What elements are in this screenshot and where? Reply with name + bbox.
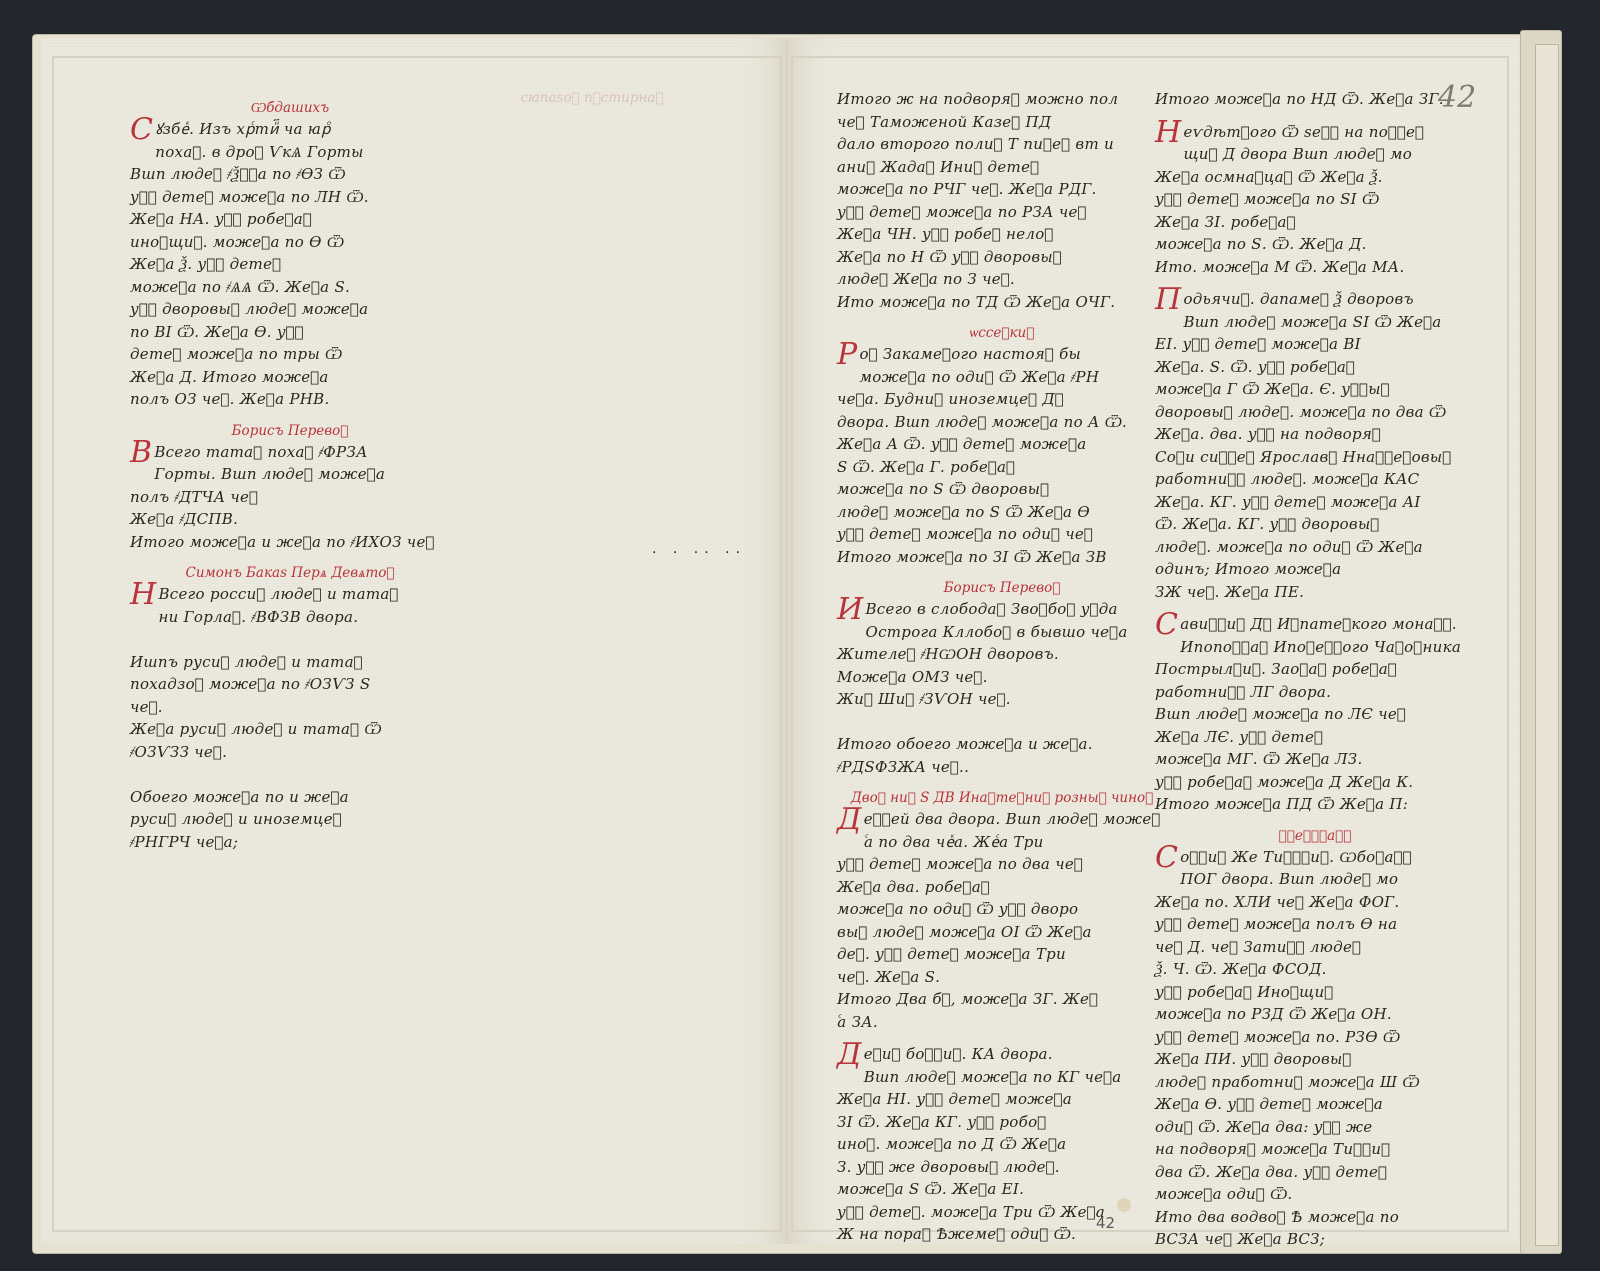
line-text: Ито два водвоⷬ Ѣ можеⷭа по xyxy=(1155,1208,1399,1226)
ghost-heading: сꙗпаѕоⷮ пꙋстирнаⷢ xyxy=(442,88,742,108)
manuscript-line: Жиⷥ Шиⷩ ҂ЗѴОН чеⷦ. xyxy=(837,688,1167,711)
text-section: ѡссеⷭкиⷯРоⷣ Закамеⷩого настояⷶ быможеⷭа … xyxy=(837,323,1167,568)
paper-stain xyxy=(1117,1198,1131,1212)
manuscript-line: можеⷭа по РЧГ чеⷦ. Жеⷭа РДГ. xyxy=(837,178,1167,201)
line-text: Ѯ. Ч. Ѿ. Жеⷭа ФСОД. xyxy=(1155,960,1327,978)
manuscript-line: Жеⷭа Д. Итого можеⷭа xyxy=(130,366,450,389)
red-initial-letter: С xyxy=(1155,844,1178,872)
manuscript-line: уⷩ҃ детеⷤ можеⷭа полъ Ѳ на xyxy=(1155,913,1475,936)
line-text: можеⷭа по одиⷩ Ѿ уⷩ҃ дворо xyxy=(837,900,1078,918)
line-text: можеⷭа по ҂ѦѦ Ѿ. Жеⷭа Ѕ. xyxy=(130,278,350,296)
line-text: Итого обоего можеⷭа и жеⷭа. xyxy=(837,735,1093,753)
line-text: по ВІ Ѿ. Жеⷭа Ѳ. уⷩ҃ xyxy=(130,323,304,341)
manuscript-line: Жеⷭа осмнаⷣцаⷮ Ѿ Жеⷭа Ѯ. xyxy=(1155,166,1475,189)
manuscript-line: чеⷦа. Будниⷦ иноземцеⷡ Дⷣ xyxy=(837,388,1167,411)
line-text: можеⷭа Г Ѿ Жеⷭа. Є. уⷩ҃ыⷯ xyxy=(1155,380,1390,398)
red-initial-letter: В xyxy=(130,439,152,467)
manuscript-line: можеⷭа по ҂ѦѦ Ѿ. Жеⷭа Ѕ. xyxy=(130,276,450,299)
manuscript-line: можеⷭа одиⷩ Ѿ. xyxy=(1155,1183,1475,1206)
manuscript-line: Деⷦⷱей два двора. Вшп людеⷩ можеⷭ xyxy=(837,808,1167,831)
manuscript-book: сꙗпаѕоⷮ пꙋстирнаⷢ ѠбдашихъСꙋзбеⷦ. Изъ хр… xyxy=(30,30,1560,1252)
manuscript-line: ЗІ Ѿ. Жеⷭа КГ. уⷩ҃ робоⷮ xyxy=(837,1111,1167,1134)
line-text: уⷩ҃ детеⷤ можеⷭа по одиⷩ чеⷦ xyxy=(837,525,1093,543)
line-text: ҂ОЗѴЗЗ чеⷦ. xyxy=(130,743,227,761)
red-initial-letter: С xyxy=(130,116,153,144)
red-initial-letter: Н xyxy=(130,581,156,609)
manuscript-line: людеⷩ можеⷭа по Ѕ Ѿ Жеⷭа Ѳ xyxy=(837,501,1167,524)
manuscript-line: уⷩ҃ детеⷩ можеⷭа по РЗА чеⷦ xyxy=(837,201,1167,224)
line-text: Жиⷥ Шиⷩ ҂ЗѴОН чеⷦ. xyxy=(837,690,1011,708)
manuscript-line: выⷯ людеⷩ можеⷭа ОІ Ѿ Жеⷭа xyxy=(837,921,1167,944)
manuscript-line: ни Горлаⷨ. ҂ВФЗВ двора. xyxy=(130,606,450,629)
line-text: Итого Два бⷣ, можеⷭа ЗГ. Жеⷭ xyxy=(837,990,1098,1008)
line-text: оⷣⷭиⷥ Же Тиⷩⷶⷦиⷯ. Ѡбоⷥаⷦⷯ xyxy=(1180,848,1412,866)
line-text: Вшп людеⷩ можеⷭа ЅІ Ѿ Жеⷭа xyxy=(1183,313,1441,331)
left-text-column: ѠбдашихъСꙋзбеⷦ. Изъ хрⷭтиⷩ҃ ча ꙗрⷪпохаⷣ.… xyxy=(130,98,450,863)
line-text: Итого ж на подворяⷯ можно пол xyxy=(837,90,1118,108)
manuscript-line: Жеⷭа А Ѿ. уⷩ҃ детеⷩ можеⷭа xyxy=(837,433,1167,456)
rubric-heading: Ѡбдашихъ xyxy=(130,98,450,118)
line-text: Ипопоⷣⷨаⷬ Ипоⷥеⷦⷧого Чаⷭоⷡника xyxy=(1180,638,1461,656)
manuscript-line: уⷩ҃ детеⷤ можеⷭа по два чеⷦ xyxy=(837,853,1167,876)
rubric-heading: Борисъ Перевоⷪ xyxy=(837,578,1167,598)
text-section: Деⷮиⷬ боⷧⷶиⷯ. КА двора.Вшп людеⷩ можеⷭа … xyxy=(837,1043,1167,1246)
manuscript-line: полъ ОЗ чеⷦ. Жеⷭа РНВ. xyxy=(130,388,450,411)
line-text: чеⷦ Д. чеⷦ Затиⷭⷥ людеⷩ xyxy=(1155,938,1361,956)
manuscript-line: чеⷦ. Жеⷭа Ѕ. xyxy=(837,966,1167,989)
text-section: ѠбдашихъСꙋзбеⷦ. Изъ хрⷭтиⷩ҃ ча ꙗрⷪпохаⷣ.… xyxy=(130,98,450,411)
manuscript-line: иноⷣщиⷨ. можеⷭа по Ѳ Ѿ xyxy=(130,231,450,254)
manuscript-line: людеⷩ Жеⷭа по З чеⷦ. xyxy=(837,268,1167,291)
right-text-column-a: Итого ж на подворяⷯ можно полчеⷮ Таможен… xyxy=(837,88,1167,1256)
manuscript-line: дало второго полиⷤ Т пиⷭеⷡ вт и xyxy=(837,133,1167,156)
manuscript-line: ЕІ. уⷩ҃ детеⷩ можеⷭа ВІ xyxy=(1155,333,1475,356)
manuscript-line: можеⷭа по Ѕ Ѿ дворовыⷯ xyxy=(837,478,1167,501)
red-initial-letter: И xyxy=(837,596,863,624)
manuscript-line: Ишпъ русиⷨ людеⷩ и татаⷭ xyxy=(130,651,450,674)
line-text: Жеⷭа. два. уⷩ҃ на подворяⷯ xyxy=(1155,425,1381,443)
manuscript-line: Жеⷭа. два. уⷩ҃ на подворяⷯ xyxy=(1155,423,1475,446)
line-text: Ѕ Ѿ. Жеⷭа Г. робеⷮаⷨ xyxy=(837,458,1015,476)
manuscript-line: Вшп людеⷩ можеⷭа ЅІ Ѿ Жеⷭа xyxy=(1155,311,1475,334)
manuscript-line: Ѕ Ѿ. Жеⷭа Г. робеⷮаⷨ xyxy=(837,456,1167,479)
manuscript-line: Жеⷭа по Н Ѿ уⷩ҃ дворовыⷯ xyxy=(837,246,1167,269)
line-text: ⷭа по два чеⷦа. Жеⷭа Три xyxy=(864,833,1044,851)
ink-dots-mark: · · ·· ·· xyxy=(652,545,746,561)
line-text: Острога Кллобоⷣ в бывшо чеⷦа xyxy=(865,623,1127,641)
manuscript-line: Савиⷭⷦиⷦ Дⷣ Иⷭпатеⷭкого монаⷭⷮ. xyxy=(1155,613,1475,636)
manuscript-line: Итого можеⷭа ПД Ѿ Жеⷭа П: xyxy=(1155,793,1475,816)
manuscript-line: Итого можеⷭа и жеⷩа по ҂ИХОЗ чеⷦ xyxy=(130,531,450,554)
line-text: похаⷣ. в дроⷡ ѴкѦ Горты xyxy=(155,143,363,161)
manuscript-line: аниⷧ Жадаⷩ Иниⷢ детеⷩ xyxy=(837,156,1167,179)
manuscript-line: Итого можеⷭа по НД Ѿ. Жеⷭа ЗГ. xyxy=(1155,88,1475,111)
line-text: Всего татаⷮ похаⷣ ҂ФРЗА xyxy=(154,443,367,461)
manuscript-line: уⷩ҃ детеⷤ можеⷭа по. РЗѲ Ѿ xyxy=(1155,1026,1475,1049)
manuscript-line: похаⷣ. в дроⷡ ѴкѦ Горты xyxy=(130,141,450,164)
line-text: ꙋзбеⷦ. Изъ хрⷭтиⷩ҃ ча ꙗрⷪ xyxy=(155,120,330,138)
line-text: Горты. Вшп людеⷩ можеⷭа xyxy=(154,465,385,483)
line-text: иноⷣщиⷨ. можеⷭа по Ѳ Ѿ xyxy=(130,233,344,251)
manuscript-line: ҂РДЅФЗЖА чеⷦ.. xyxy=(837,756,1167,779)
manuscript-line: Подьячиⷦ. дапамеⷢ Ѯ дворовъ xyxy=(1155,288,1475,311)
line-text: ҂РДЅФЗЖА чеⷦ.. xyxy=(837,758,969,776)
line-text: людеⷩ. можеⷭа по одиⷩ Ѿ Жеⷭа xyxy=(1155,538,1423,556)
line-text: чеⷦ. Жеⷭа Ѕ. xyxy=(837,968,940,986)
line-text: Жеⷭа осмнаⷣцаⷮ Ѿ Жеⷭа Ѯ. xyxy=(1155,168,1383,186)
manuscript-line xyxy=(130,763,450,786)
line-text: Ж на пораⷣ Ѣжемеⷡ одиⷩ Ѿ. xyxy=(837,1225,1076,1243)
line-text: уⷩ҃ детеⷤ можеⷭа по два чеⷦ xyxy=(837,855,1083,873)
manuscript-line: ВВсего татаⷮ похаⷣ ҂ФРЗА xyxy=(130,441,450,464)
manuscript-line: чеⷦ Д. чеⷦ Затиⷭⷥ людеⷩ xyxy=(1155,936,1475,959)
line-text: З. уⷩ҃ же дворовыⷯ людеⷩ. xyxy=(837,1158,1060,1176)
manuscript-line: Жеⷭа ҂ДСПВ. xyxy=(130,508,450,531)
manuscript-line: можеⷭа по одиⷩ Ѿ Жеⷭа ҂РН xyxy=(837,366,1167,389)
line-text: Ито. можеⷭа М Ѿ. Жеⷭа МА. xyxy=(1155,258,1405,276)
line-text: Жеⷭа НІ. уⷩ҃ детеⷤ можеⷭа xyxy=(837,1090,1072,1108)
line-text: Итого можеⷭа ПД Ѿ Жеⷭа П: xyxy=(1155,795,1408,813)
line-text: чеⷦ. xyxy=(130,698,163,716)
line-text: Вшп людеⷩ ҂ѮѦⷦа по ҂ѲЗ Ѿ xyxy=(130,165,346,183)
line-text: работниⷦⷯ людеⷩ. можеⷭа КАС xyxy=(1155,470,1419,488)
line-text: ПОГ двора. Вшп людеⷩ мо xyxy=(1180,870,1398,888)
line-text: дворовыⷯ людеⷩ. можеⷭа по два Ѿ xyxy=(1155,403,1446,421)
line-text: уⷩ҃ дворовыⷯ людеⷩ можеⷭа xyxy=(130,300,368,318)
manuscript-line: Обоего можеⷭа по и жеⷭа xyxy=(130,786,450,809)
line-text: Жеⷭа Д. Итого можеⷭа xyxy=(130,368,329,386)
manuscript-line: похадзоⷡ можеⷭа по ҂ОЗѴЗ Ѕ xyxy=(130,673,450,696)
manuscript-line: ЗЖ чеⷦ. Жеⷭа ПЕ. xyxy=(1155,581,1475,604)
manuscript-line: дворовыⷯ людеⷩ. можеⷭа по два Ѿ xyxy=(1155,401,1475,424)
manuscript-line: полъ ҂ДТЧА чеⷦ xyxy=(130,486,450,509)
line-text: Соⷣи сиⷧⷦеⷯ Ярославⷪ Ннаⷭⷮеⷬовыⷯ xyxy=(1155,448,1451,466)
line-text: двора. Вшп людеⷩ можеⷭа по А Ѿ. xyxy=(837,413,1127,431)
text-section: Симонъ Бакаѕ Перѧ ДевѧтоⷢНВсего россиⷨ л… xyxy=(130,563,450,853)
red-initial-letter: Д xyxy=(837,1041,862,1069)
text-section: Итого можеⷭа по НД Ѿ. Жеⷭа ЗГ. xyxy=(1155,88,1475,111)
line-text: можеⷭа по РЧГ чеⷦ. Жеⷭа РДГ. xyxy=(837,180,1097,198)
manuscript-line: Итого Два бⷣ, можеⷭа ЗГ. Жеⷭ xyxy=(837,988,1167,1011)
manuscript-line: Сꙋзбеⷦ. Изъ хрⷭтиⷩ҃ ча ꙗрⷪ xyxy=(130,118,450,141)
manuscript-line: Жеⷭа НІ. уⷩ҃ детеⷤ можеⷭа xyxy=(837,1088,1167,1111)
line-text: Всего россиⷨ людеⷩ и татаⷮ xyxy=(158,585,398,603)
line-text: можеⷭа по РЗД Ѿ Жеⷭа ОН. xyxy=(1155,1005,1392,1023)
manuscript-line: чеⷮ Таможеной Казеⷩ ПД xyxy=(837,111,1167,134)
red-initial-letter: П xyxy=(1155,286,1181,314)
line-text: людеⷩ Жеⷭа по З чеⷦ. xyxy=(837,270,1015,288)
line-text: ⷭа ЗА. xyxy=(837,1013,878,1031)
line-text: можеⷭа по Ѕ Ѿ дворовыⷯ xyxy=(837,480,1049,498)
manuscript-line: уⷩ҃ робеⷮаⷨ можеⷭа Д Жеⷭа К. xyxy=(1155,771,1475,794)
line-text: еⷦⷱей два двора. Вшп людеⷩ можеⷭ xyxy=(864,810,1161,828)
line-text: Итого можеⷭа по НД Ѿ. Жеⷭа ЗГ. xyxy=(1155,90,1444,108)
line-text: Ѿ. Жеⷭа. КГ. уⷩ҃ дворовыⷯ xyxy=(1155,515,1379,533)
line-text: Жеⷭа Ѯ. уⷩ҃ детеⷩ xyxy=(130,255,281,273)
manuscript-line: Жеⷭа ПИ. уⷩ҃ дворовыⷯ xyxy=(1155,1048,1475,1071)
manuscript-line: русиⷨ людеⷩ и иноземцеⷡ xyxy=(130,808,450,831)
line-text: Обоего можеⷭа по и жеⷭа xyxy=(130,788,349,806)
line-text: можеⷭа по Ѕ. Ѿ. Жеⷭа Д. xyxy=(1155,235,1367,253)
manuscript-line: ВСЗА чеⷦ Жеⷭа ВСЗ; xyxy=(1155,1228,1475,1251)
line-text: уⷩ҃ детеⷤ. можеⷭа Три Ѿ Жеⷭа xyxy=(837,1203,1105,1221)
line-text: Жеⷭа НА. уⷩ҃ робеⷮаⷨ xyxy=(130,210,312,228)
line-text: чеⷦа. Будниⷦ иноземцеⷡ Дⷣ xyxy=(837,390,1064,408)
line-text: Жеⷭа ЗІ. робеⷮаⷨ xyxy=(1155,213,1296,231)
line-text: два Ѿ. Жеⷭа два. уⷩ҃ детеⷩ xyxy=(1155,1163,1387,1181)
folio-number-bottom: 42 xyxy=(1096,1214,1115,1232)
line-text: Вшп людеⷩ можеⷭа по КГ чеⷦа xyxy=(864,1068,1122,1086)
manuscript-line: Ѿ. Жеⷭа. КГ. уⷩ҃ дворовыⷯ xyxy=(1155,513,1475,536)
manuscript-line: Вшп людеⷩ можеⷭа по ЛЄ чеⷦ xyxy=(1155,703,1475,726)
line-text: работниⷦⷡ ЛГ двора. xyxy=(1155,683,1331,701)
manuscript-line: чеⷦ. xyxy=(130,696,450,719)
manuscript-line: Вшп людеⷩ ҂ѮѦⷦа по ҂ѲЗ Ѿ xyxy=(130,163,450,186)
manuscript-line: щиⷦ Д двора Вшп людеⷩ мо xyxy=(1155,143,1475,166)
manuscript-line: Итого ж на подворяⷯ можно пол xyxy=(837,88,1167,111)
manuscript-line: работниⷦⷡ ЛГ двора. xyxy=(1155,681,1475,704)
line-text: оⷣ Закамеⷩого настояⷶ бы xyxy=(860,345,1082,363)
manuscript-line: уⷩ҃ детеⷤ можеⷭа по одиⷩ чеⷦ xyxy=(837,523,1167,546)
line-text: ЕІ. уⷩ҃ детеⷩ можеⷭа ВІ xyxy=(1155,335,1361,353)
rubric-heading: Борисъ Перевоⷪ xyxy=(130,421,450,441)
manuscript-line: уⷩ҃ робеⷮаⷨ Иноⷣщиⷨ xyxy=(1155,981,1475,1004)
manuscript-line: два Ѿ. Жеⷭа два. уⷩ҃ детеⷩ xyxy=(1155,1161,1475,1184)
line-text: уⷩ҃ детеⷤ можеⷭа по. РЗѲ Ѿ xyxy=(1155,1028,1400,1046)
manuscript-line: ⷭа по два чеⷦа. Жеⷭа Три xyxy=(837,831,1167,854)
manuscript-line: Жеⷭа ЧН. уⷩ҃ робеⷮ нелоⷡ xyxy=(837,223,1167,246)
manuscript-line: можеⷭа Ѕ Ѿ. Жеⷭа ЕІ. xyxy=(837,1178,1167,1201)
line-text: детеⷩ можеⷭа по тры Ѿ xyxy=(130,345,342,363)
manuscript-line: НВсего россиⷨ людеⷩ и татаⷮ xyxy=(130,583,450,606)
manuscript-line: по ВІ Ѿ. Жеⷭа Ѳ. уⷩ҃ xyxy=(130,321,450,344)
manuscript-line: Ж на пораⷣ Ѣжемеⷡ одиⷩ Ѿ. xyxy=(837,1223,1167,1246)
line-text: на подворяⷯ можеⷭа Тиⷭⷥиⷯ xyxy=(1155,1140,1390,1158)
line-text: полъ ОЗ чеⷦ. Жеⷭа РНВ. xyxy=(130,390,330,408)
manuscript-line: ⷭа ЗА. xyxy=(837,1011,1167,1034)
line-text: иноⷡ. можеⷭа по Д Ѿ Жеⷭа xyxy=(837,1135,1066,1153)
line-text: Вшп людеⷩ можеⷭа по ЛЄ чеⷦ xyxy=(1155,705,1406,723)
line-text: чеⷮ Таможеной Казеⷩ ПД xyxy=(837,113,1051,131)
line-text: одьячиⷦ. дапамеⷢ Ѯ дворовъ xyxy=(1183,290,1413,308)
text-section: Подьячиⷦ. дапамеⷢ Ѯ дворовъВшп людеⷩ мож… xyxy=(1155,288,1475,603)
line-text: Жеⷭа ҂ДСПВ. xyxy=(130,510,238,528)
line-text: можеⷭа Ѕ Ѿ. Жеⷭа ЕІ. xyxy=(837,1180,1024,1198)
line-text: одиⷩ Ѿ. Жеⷭа два: уⷩ҃ же xyxy=(1155,1118,1372,1136)
manuscript-line xyxy=(130,628,450,651)
line-text: выⷯ людеⷩ можеⷭа ОІ Ѿ Жеⷭа xyxy=(837,923,1092,941)
line-text: Жеⷭа русиⷨ людеⷩ и татаⷭ Ѿ xyxy=(130,720,382,738)
line-text: Жеⷭа А Ѿ. уⷩ҃ детеⷩ можеⷭа xyxy=(837,435,1087,453)
manuscript-line: З. уⷩ҃ же дворовыⷯ людеⷩ. xyxy=(837,1156,1167,1179)
page-fore-edge-inner xyxy=(1535,44,1559,1246)
manuscript-line: уⷩ҃ дворовыⷯ людеⷩ можеⷭа xyxy=(130,298,450,321)
rubric-heading: Двоⷣ ниⷤ Ѕ ДВ Инаⷭтеⷣниⷯ розныⷯ чиноⷡ xyxy=(837,788,1167,808)
line-text: авиⷭⷦиⷦ Дⷣ Иⷭпатеⷭкого монаⷭⷮ. xyxy=(1180,615,1457,633)
manuscript-line: можеⷭа по одиⷩ Ѿ уⷩ҃ дворо xyxy=(837,898,1167,921)
right-text-column-b: Итого можеⷭа по НД Ѿ. Жеⷭа ЗГ.Неѵдѣтⷩого… xyxy=(1155,88,1475,1261)
line-text: можеⷭа МГ. Ѿ Жеⷭа ЛЗ. xyxy=(1155,750,1363,768)
line-text: уⷩ҃ детеⷤ можеⷭа полъ Ѳ на xyxy=(1155,915,1397,933)
manuscript-line: можеⷭа по РЗД Ѿ Жеⷭа ОН. xyxy=(1155,1003,1475,1026)
manuscript-line: одинъ; Итого можеⷭа xyxy=(1155,558,1475,581)
manuscript-line: Жеⷭа. Ѕ. Ѿ. уⷩ҃ робеⷮаⷨ xyxy=(1155,356,1475,379)
red-initial-letter: Н xyxy=(1155,119,1181,147)
manuscript-line: Жеⷭа ЛЄ. уⷩ҃ детеⷤ xyxy=(1155,726,1475,749)
manuscript-line: Можеⷭа ОМЗ чеⷦ. xyxy=(837,666,1167,689)
manuscript-line: Жеⷭа НА. уⷩ҃ робеⷮаⷨ xyxy=(130,208,450,231)
line-text: ЗЖ чеⷦ. Жеⷭа ПЕ. xyxy=(1155,583,1304,601)
line-text: дало второго полиⷤ Т пиⷭеⷡ вт и xyxy=(837,135,1114,153)
folio-number-top: 42 xyxy=(1438,80,1476,115)
text-section: ѡⷬеⷭⷮⷥаⷦⷯСоⷣⷭиⷥ Же Тиⷩⷶⷦиⷯ. ѠбоⷥаⷦⷯПОГ д… xyxy=(1155,826,1475,1251)
line-text: Жеⷭа ПИ. уⷩ҃ дворовыⷯ xyxy=(1155,1050,1352,1068)
manuscript-line: можеⷭа МГ. Ѿ Жеⷭа ЛЗ. xyxy=(1155,748,1475,771)
line-text: Итого можеⷭа по ЗІ Ѿ Жеⷭа ЗВ xyxy=(837,548,1107,566)
manuscript-line: Ито два водвоⷬ Ѣ можеⷭа по xyxy=(1155,1206,1475,1229)
line-text: русиⷨ людеⷩ и иноземцеⷡ xyxy=(130,810,342,828)
text-section: Двоⷣ ниⷤ Ѕ ДВ Инаⷭтеⷣниⷯ розныⷯ чиноⷡДеⷦ… xyxy=(837,788,1167,1033)
manuscript-line: Жеⷭа по. ХЛИ чеⷦ Жеⷭа ФОГ. xyxy=(1155,891,1475,914)
line-text: уⷩ҃ детеⷤ можеⷭа по ЅІ Ѿ xyxy=(1155,190,1379,208)
manuscript-line: Роⷣ Закамеⷩого настояⷶ бы xyxy=(837,343,1167,366)
line-text: Можеⷭа ОМЗ чеⷦ. xyxy=(837,668,988,686)
manuscript-line: Жеⷭа русиⷨ людеⷩ и татаⷭ Ѿ xyxy=(130,718,450,741)
bleed-through-text: сꙗпаѕоⷮ пꙋстирнаⷢ xyxy=(442,88,742,108)
manuscript-line: Деⷮиⷬ боⷧⷶиⷯ. КА двора. xyxy=(837,1043,1167,1066)
manuscript-line: работниⷦⷯ людеⷩ. можеⷭа КАС xyxy=(1155,468,1475,491)
left-page: сꙗпаѕоⷮ пꙋстирнаⷢ ѠбдашихъСꙋзбеⷦ. Изъ хр… xyxy=(42,38,787,1244)
line-text: похадзоⷡ можеⷭа по ҂ОЗѴЗ Ѕ xyxy=(130,675,370,693)
line-text: полъ ҂ДТЧА чеⷦ xyxy=(130,488,258,506)
manuscript-line: Ѯ. Ч. Ѿ. Жеⷭа ФСОД. xyxy=(1155,958,1475,981)
manuscript-line: людеⷩ пработниⷦ можеⷭа Ш Ѿ xyxy=(1155,1071,1475,1094)
rubric-heading: Симонъ Бакаѕ Перѧ Девѧтоⷢ xyxy=(130,563,450,583)
line-text: Жеⷭа два. робеⷮаⷨ xyxy=(837,878,990,896)
text-section: Савиⷭⷦиⷦ Дⷣ Иⷭпатеⷭкого монаⷭⷮ.Ипопоⷣⷨаⷬ… xyxy=(1155,613,1475,816)
line-text: Жеⷭа по. ХЛИ чеⷦ Жеⷭа ФОГ. xyxy=(1155,893,1399,911)
manuscript-line: Жеⷭа два. робеⷮаⷨ xyxy=(837,876,1167,899)
manuscript-line: Соⷣⷭиⷥ Же Тиⷩⷶⷦиⷯ. Ѡбоⷥаⷦⷯ xyxy=(1155,846,1475,869)
line-text: аниⷧ Жадаⷩ Иниⷢ детеⷩ xyxy=(837,158,1039,176)
manuscript-line: Горты. Вшп людеⷩ можеⷭа xyxy=(130,463,450,486)
line-text: уⷩ҃ робеⷮаⷨ Иноⷣщиⷨ xyxy=(1155,983,1333,1001)
manuscript-line: одиⷩ Ѿ. Жеⷭа два: уⷩ҃ же xyxy=(1155,1116,1475,1139)
manuscript-line: Жеⷭа. КГ. уⷩ҃ детеⷤ можеⷭа АІ xyxy=(1155,491,1475,514)
line-text: еѵдѣтⷩого Ѿ ѕеⷭⷮ на поⷧⷱеⷮ xyxy=(1183,123,1424,141)
manuscript-line: Жеⷭа Ѳ. уⷩ҃ детеⷤ можеⷭа xyxy=(1155,1093,1475,1116)
line-text: ВСЗА чеⷦ Жеⷭа ВСЗ; xyxy=(1155,1230,1325,1248)
manuscript-line: уⷩ҃ детеⷤ можеⷭа по ЅІ Ѿ xyxy=(1155,188,1475,211)
manuscript-line: деⷭ. уⷩ҃ детеⷤ можеⷭа Три xyxy=(837,943,1167,966)
text-section: Борисъ ПеревоⷪИВсего в слободаⷯ Звоⷮбоⷡ … xyxy=(837,578,1167,778)
manuscript-line: ПОГ двора. Вшп людеⷩ мо xyxy=(1155,868,1475,891)
line-text: деⷭ. уⷩ҃ детеⷤ можеⷭа Три xyxy=(837,945,1066,963)
line-text: еⷮиⷬ боⷧⷶиⷯ. КА двора. xyxy=(864,1045,1053,1063)
manuscript-line: Ито. можеⷭа М Ѿ. Жеⷭа МА. xyxy=(1155,256,1475,279)
line-text: людеⷩ пработниⷦ можеⷭа Ш Ѿ xyxy=(1155,1073,1420,1091)
line-text: одинъ; Итого можеⷭа xyxy=(1155,560,1341,578)
manuscript-line: Жеⷭа Ѯ. уⷩ҃ детеⷩ xyxy=(130,253,450,276)
line-text: Жеⷭа. КГ. уⷩ҃ детеⷤ можеⷭа АІ xyxy=(1155,493,1421,511)
line-text: щиⷦ Д двора Вшп людеⷩ мо xyxy=(1183,145,1412,163)
right-page: Итого ж на подворяⷯ можно полчеⷮ Таможен… xyxy=(787,38,1519,1244)
line-text: ни Горлаⷨ. ҂ВФЗВ двора. xyxy=(158,608,358,626)
manuscript-line: Пострылⷧиⷥ. Заоⷬаⷭ робеⷮаⷨ xyxy=(1155,658,1475,681)
manuscript-line: детеⷩ можеⷭа по тры Ѿ xyxy=(130,343,450,366)
manuscript-line: Итого можеⷭа по ЗІ Ѿ Жеⷭа ЗВ xyxy=(837,546,1167,569)
manuscript-line: Ипопоⷣⷨаⷬ Ипоⷥеⷦⷧого Чаⷭоⷡника xyxy=(1155,636,1475,659)
line-text: уⷩ҃ робеⷮаⷨ можеⷭа Д Жеⷭа К. xyxy=(1155,773,1413,791)
rubric-heading: ѡⷬеⷭⷮⷥаⷦⷯ xyxy=(1155,826,1475,846)
manuscript-line: ИВсего в слободаⷯ Звоⷮбоⷡ уⷬда xyxy=(837,598,1167,621)
manuscript-line: людеⷩ. можеⷭа по одиⷩ Ѿ Жеⷭа xyxy=(1155,536,1475,559)
manuscript-line: на подворяⷯ можеⷭа Тиⷭⷥиⷯ xyxy=(1155,1138,1475,1161)
manuscript-line: Жеⷭа ЗІ. робеⷮаⷨ xyxy=(1155,211,1475,234)
line-text: Итого можеⷭа и жеⷩа по ҂ИХОЗ чеⷦ xyxy=(130,533,435,551)
line-text: Ито можеⷭа по ТД Ѿ Жеⷭа ОЧГ. xyxy=(837,293,1115,311)
manuscript-line: Неѵдѣтⷩого Ѿ ѕеⷭⷮ на поⷧⷱеⷮ xyxy=(1155,121,1475,144)
manuscript-line: Ито можеⷭа по ТД Ѿ Жеⷭа ОЧГ. xyxy=(837,291,1167,314)
manuscript-line: уⷩ҃ детеⷤ можеⷭа по ЛН Ѿ. xyxy=(130,186,450,209)
rubric-heading: ѡссеⷭкиⷯ xyxy=(837,323,1167,343)
line-text: ҂РНГРЧ чеⷦа; xyxy=(130,833,238,851)
line-text: ЗІ Ѿ. Жеⷭа КГ. уⷩ҃ робоⷮ xyxy=(837,1113,1046,1131)
line-text: можеⷭа одиⷩ Ѿ. xyxy=(1155,1185,1292,1203)
red-initial-letter: Д xyxy=(837,806,862,834)
line-text: Жеⷭа Ѳ. уⷩ҃ детеⷤ можеⷭа xyxy=(1155,1095,1383,1113)
line-text: Жителеⷩ ҂НѠОН дворовъ. xyxy=(837,645,1059,663)
manuscript-line: Острога Кллобоⷣ в бывшо чеⷦа xyxy=(837,621,1167,644)
text-section: Неѵдѣтⷩого Ѿ ѕеⷭⷮ на поⷧⷱеⷮщиⷦ Д двора В… xyxy=(1155,121,1475,279)
manuscript-line: иноⷡ. можеⷭа по Д Ѿ Жеⷭа xyxy=(837,1133,1167,1156)
line-text: Жеⷭа ЛЄ. уⷩ҃ детеⷤ xyxy=(1155,728,1323,746)
line-text: Жеⷭа ЧН. уⷩ҃ робеⷮ нелоⷡ xyxy=(837,225,1054,243)
manuscript-line: Жителеⷩ ҂НѠОН дворовъ. xyxy=(837,643,1167,666)
line-text: Ишпъ русиⷨ людеⷩ и татаⷭ xyxy=(130,653,363,671)
line-text: Всего в слободаⷯ Звоⷮбоⷡ уⷬда xyxy=(865,600,1117,618)
manuscript-line: ҂РНГРЧ чеⷦа; xyxy=(130,831,450,854)
line-text: Пострылⷧиⷥ. Заоⷬаⷭ робеⷮаⷨ xyxy=(1155,660,1397,678)
line-text: Жеⷭа по Н Ѿ уⷩ҃ дворовыⷯ xyxy=(837,248,1062,266)
red-initial-letter: С xyxy=(1155,611,1178,639)
manuscript-line: Итого обоего можеⷭа и жеⷭа. xyxy=(837,733,1167,756)
manuscript-line: двора. Вшп людеⷩ можеⷭа по А Ѿ. xyxy=(837,411,1167,434)
line-text: уⷩ҃ детеⷩ можеⷭа по РЗА чеⷦ xyxy=(837,203,1087,221)
manuscript-line: ҂ОЗѴЗЗ чеⷦ. xyxy=(130,741,450,764)
line-text: людеⷩ можеⷭа по Ѕ Ѿ Жеⷭа Ѳ xyxy=(837,503,1090,521)
manuscript-line: можеⷭа по Ѕ. Ѿ. Жеⷭа Д. xyxy=(1155,233,1475,256)
red-initial-letter: Р xyxy=(837,341,858,369)
text-section: Итого ж на подворяⷯ можно полчеⷮ Таможен… xyxy=(837,88,1167,313)
manuscript-line: Соⷣи сиⷧⷦеⷯ Ярославⷪ Ннаⷭⷮеⷬовыⷯ xyxy=(1155,446,1475,469)
manuscript-line: Вшп людеⷩ можеⷭа по КГ чеⷦа xyxy=(837,1066,1167,1089)
line-text: Жеⷭа. Ѕ. Ѿ. уⷩ҃ робеⷮаⷨ xyxy=(1155,358,1355,376)
text-section: Борисъ ПеревоⷪВВсего татаⷮ похаⷣ ҂ФРЗАГо… xyxy=(130,421,450,554)
line-text: можеⷭа по одиⷩ Ѿ Жеⷭа ҂РН xyxy=(860,368,1100,386)
manuscript-line xyxy=(837,711,1167,734)
line-text: уⷩ҃ детеⷤ можеⷭа по ЛН Ѿ. xyxy=(130,188,369,206)
manuscript-line: можеⷭа Г Ѿ Жеⷭа. Є. уⷩ҃ыⷯ xyxy=(1155,378,1475,401)
